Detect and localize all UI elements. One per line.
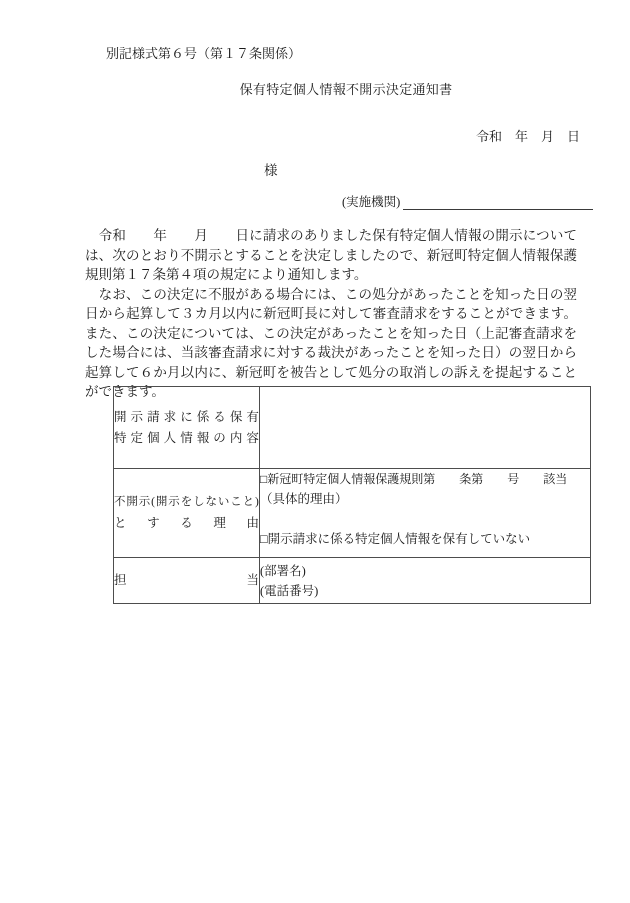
checkbox-icon[interactable]: □: [260, 469, 267, 489]
dept-label-line: (部署名): [260, 561, 590, 581]
option-not-held-text: 開示請求に係る特定個人情報を保有していない: [268, 529, 531, 549]
notice-paragraph: 令和 年 月 日に請求のありました保有特定個人情報の開示については、次のとおり不…: [85, 226, 577, 285]
document-page: 別記様式第６号（第１７条関係） 保有特定個人情報不開示決定通知書 令和 年 月 …: [0, 0, 630, 903]
contact-label-cell: 担当: [114, 558, 260, 604]
reason-value-cell: □ 新冠町特定個人情報保護規則第 条第 号 該当 （具体的理由） □ 開示請求に…: [260, 469, 591, 558]
table-row-reason: 不開示(開示をしないこと) とする理由 □ 新冠町特定個人情報保護規則第 条第 …: [114, 469, 591, 558]
contact-label-line: 担当: [114, 570, 259, 591]
content-value-cell: [260, 387, 591, 469]
checkbox-icon[interactable]: □: [260, 529, 268, 549]
reason-label-line2: とする理由: [114, 513, 259, 534]
blank-line: [260, 509, 590, 529]
appeal-paragraph: なお、この決定に不服がある場合には、この処分があったことを知った日の翌日から起算…: [85, 285, 577, 402]
issuer-label: (実施機関): [342, 195, 400, 209]
reason-label-line1: 不開示(開示をしないこと): [114, 492, 259, 513]
body-text: 令和 年 月 日に請求のありました保有特定個人情報の開示については、次のとおり不…: [85, 226, 577, 402]
option-rule-note: （具体的理由）: [260, 489, 590, 509]
issuer-line: (実施機関): [342, 192, 593, 210]
content-label-cell: 開示請求に係る保有 特定個人情報の内容: [114, 387, 260, 469]
table-row-content: 開示請求に係る保有 特定個人情報の内容: [114, 387, 591, 469]
decision-table: 開示請求に係る保有 特定個人情報の内容 不開示(開示をしないこと) とする理由 …: [113, 386, 591, 604]
addressee-honorific: 様: [264, 159, 278, 179]
date-line: 令和 年 月 日: [476, 126, 580, 145]
form-number: 別記様式第６号（第１７条関係）: [106, 43, 301, 62]
content-label-line2: 特定個人情報の内容: [114, 428, 259, 449]
reason-label-cell: 不開示(開示をしないこと) とする理由: [114, 469, 260, 558]
page-title: 保有特定個人情報不開示決定通知書: [96, 79, 596, 98]
option-not-held-line: □ 開示請求に係る特定個人情報を保有していない: [260, 529, 590, 549]
phone-label-line: (電話番号): [260, 581, 590, 601]
contact-value-cell: (部署名) (電話番号): [260, 558, 591, 604]
option-rule-text: 新冠町特定個人情報保護規則第 条第 号 該当: [267, 469, 567, 489]
issuer-underline: [403, 195, 593, 210]
content-label-line1: 開示請求に係る保有: [114, 407, 259, 428]
option-rule-line: □ 新冠町特定個人情報保護規則第 条第 号 該当: [260, 469, 590, 489]
table-row-contact: 担当 (部署名) (電話番号): [114, 558, 591, 604]
